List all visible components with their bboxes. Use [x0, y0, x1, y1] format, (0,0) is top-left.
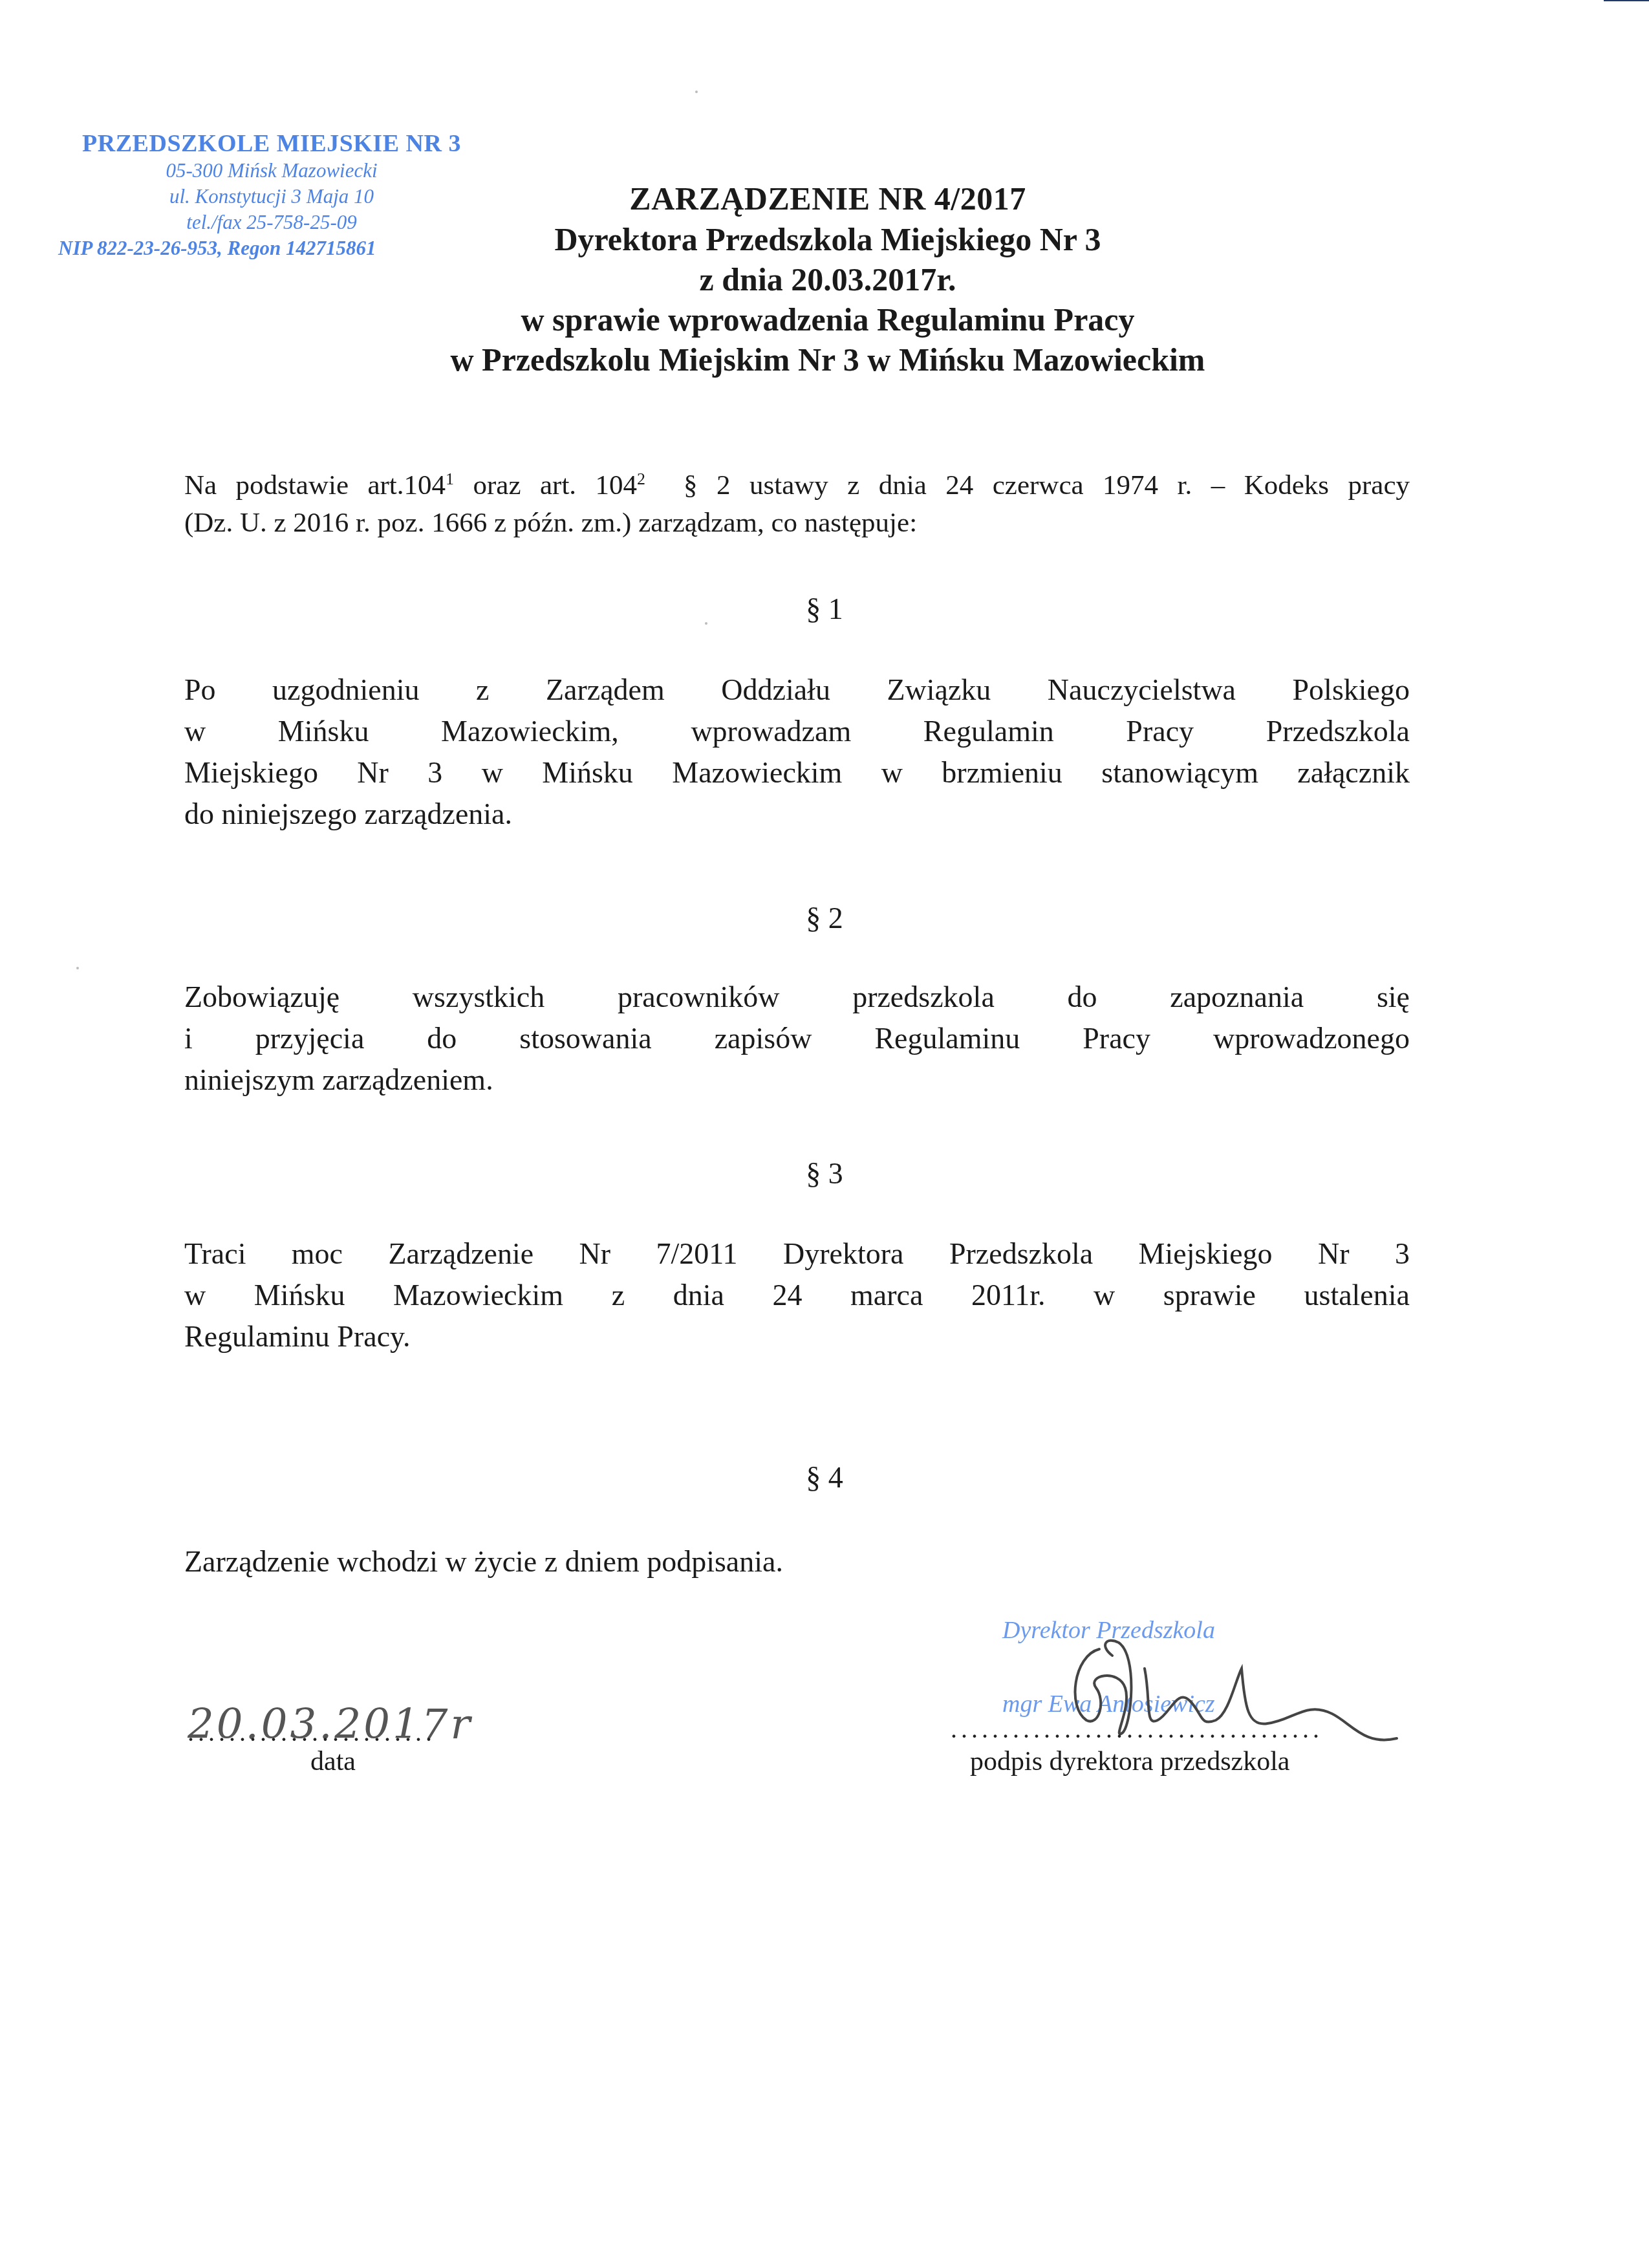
section-4-paragraph: Zarządzenie wchodzi w życie z dniem podp…	[184, 1541, 1410, 1582]
basis-sup-2: 2	[637, 470, 645, 488]
section-3-paragraph: Traci moc Zarządzenie Nr 7/2011 Dyrektor…	[184, 1233, 1410, 1357]
legal-basis-line-1: Na podstawie art.1041 oraz art. 1042 § 2…	[184, 467, 1410, 504]
section-1-line: Miejskiego Nr 3 w Mińsku Mazowieckim w b…	[184, 752, 1410, 794]
issuer: Dyrektora Przedszkola Miejskiego Nr 3	[362, 219, 1293, 259]
section-1-mark: § 1	[760, 590, 889, 629]
section-2-line: i przyjęcia do stosowania zapisów Regula…	[184, 1018, 1410, 1059]
basis-sup-1: 1	[446, 470, 454, 488]
basis-text-2: oraz art. 104	[454, 470, 637, 501]
basis-text-1: Na podstawie art.104	[184, 470, 446, 501]
section-4-line: Zarządzenie wchodzi w życie z dniem podp…	[184, 1541, 1410, 1582]
section-3-mark: § 3	[760, 1154, 889, 1193]
legal-basis-line-2: (Dz. U. z 2016 r. poz. 1666 z późn. zm.)…	[184, 504, 1410, 542]
stamp-institution-name: PRZEDSZKOLE MIEJSKIE NR 3	[65, 129, 479, 158]
section-3-line: Traci moc Zarządzenie Nr 7/2011 Dyrektor…	[184, 1233, 1410, 1275]
signature-label: podpis dyrektora przedszkola	[970, 1746, 1290, 1777]
legal-basis-paragraph: Na podstawie art.1041 oraz art. 1042 § 2…	[184, 467, 1410, 542]
document-title: ZARZĄDZENIE NR 4/2017 Dyrektora Przedszk…	[362, 178, 1293, 380]
section-2-line: niniejszym zarządzeniem.	[184, 1059, 1410, 1101]
date-dotted-line: ........................	[188, 1717, 436, 1747]
scan-speck	[695, 91, 698, 93]
issue-date: z dnia 20.03.2017r.	[362, 259, 1293, 299]
scan-speck	[76, 967, 79, 969]
basis-text-3: § 2 ustawy z dnia 24 czerwca 1974 r. – K…	[645, 470, 1410, 501]
section-1-paragraph: Po uzgodnieniu z Zarządem Oddziału Związ…	[184, 669, 1410, 835]
signature-dotted-line: ....................................	[951, 1714, 1323, 1744]
section-2-paragraph: Zobowiązuję wszystkich pracowników przed…	[184, 977, 1410, 1101]
subject-line-2: w Przedszkolu Miejskim Nr 3 w Mińsku Maz…	[362, 340, 1293, 380]
scan-edge-mark	[1604, 0, 1649, 1]
order-number-text: ZARZĄDZENIE NR 4/2017	[629, 180, 1026, 217]
subject-line-1: w sprawie wprowadzenia Regulaminu Pracy	[362, 299, 1293, 340]
section-3-line: Regulaminu Pracy.	[184, 1316, 1410, 1357]
section-2-mark: § 2	[760, 899, 889, 938]
section-3-line: w Mińsku Mazowieckim z dnia 24 marca 201…	[184, 1275, 1410, 1316]
scan-speck	[705, 622, 707, 625]
section-1-line: w Mińsku Mazowieckim, wprowadzam Regulam…	[184, 711, 1410, 752]
section-4-mark: § 4	[760, 1458, 889, 1497]
section-1-line: do niniejszego zarządzenia.	[184, 794, 1410, 835]
date-label: data	[310, 1746, 356, 1777]
section-1-line: Po uzgodnieniu z Zarządem Oddziału Związ…	[184, 669, 1410, 711]
order-number: ZARZĄDZENIE NR 4/2017	[362, 178, 1293, 219]
section-2-line: Zobowiązuję wszystkich pracowników przed…	[184, 977, 1410, 1018]
